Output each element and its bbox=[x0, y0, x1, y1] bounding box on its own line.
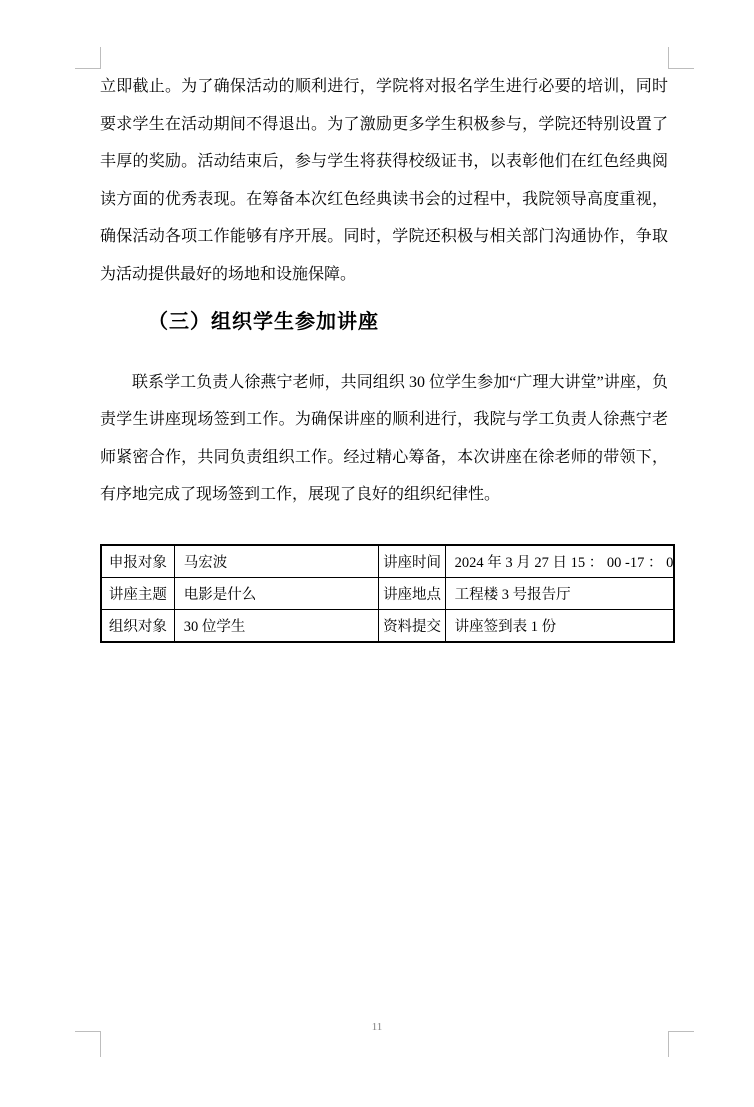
cell-audience-label: 组织对象 bbox=[101, 609, 174, 642]
cell-location-value: 工程楼 3 号报告厅 bbox=[445, 577, 674, 609]
cell-applicant-label: 申报对象 bbox=[101, 545, 174, 578]
table-row: 组织对象 30 位学生 资料提交 讲座签到表 1 份 bbox=[101, 609, 674, 642]
cell-time-label: 讲座时间 bbox=[379, 545, 445, 578]
text-area: 立即截止。为了确保活动的顺利进行，学院将对报名学生进行必要的培训，同时要求学生在… bbox=[100, 68, 668, 643]
section-heading-lecture: （三）组织学生参加讲座 bbox=[100, 306, 668, 338]
cell-audience-value: 30 位学生 bbox=[174, 609, 379, 642]
crop-mark-bottom-left bbox=[75, 1031, 101, 1057]
body-paragraph-lecture: 联系学工负责人徐燕宁老师，共同组织 30 位学生参加“广理大讲堂”讲座，负责学生… bbox=[100, 364, 668, 514]
table-row: 申报对象 马宏波 讲座时间 2024 年 3 月 27 日 15 ： 00 -1… bbox=[101, 545, 674, 578]
cell-topic-label: 讲座主题 bbox=[101, 577, 174, 609]
cell-materials-label: 资料提交 bbox=[379, 609, 445, 642]
crop-mark-top-right bbox=[668, 47, 694, 69]
cell-materials-value: 讲座签到表 1 份 bbox=[445, 609, 674, 642]
cell-topic-value: 电影是什么 bbox=[174, 577, 379, 609]
lecture-info-table: 申报对象 马宏波 讲座时间 2024 年 3 月 27 日 15 ： 00 -1… bbox=[100, 544, 675, 643]
cell-time-value: 2024 年 3 月 27 日 15 ： 00 -17 ： 00 bbox=[445, 545, 674, 578]
crop-mark-top-left bbox=[75, 47, 101, 69]
body-paragraph-activity: 立即截止。为了确保活动的顺利进行，学院将对报名学生进行必要的培训，同时要求学生在… bbox=[100, 68, 668, 294]
cell-applicant-value: 马宏波 bbox=[174, 545, 379, 578]
crop-mark-bottom-right bbox=[668, 1031, 694, 1057]
page-number: 11 bbox=[0, 1021, 754, 1033]
table-row: 讲座主题 电影是什么 讲座地点 工程楼 3 号报告厅 bbox=[101, 577, 674, 609]
document-page: 立即截止。为了确保活动的顺利进行，学院将对报名学生进行必要的培训，同时要求学生在… bbox=[0, 0, 754, 1107]
cell-location-label: 讲座地点 bbox=[379, 577, 445, 609]
